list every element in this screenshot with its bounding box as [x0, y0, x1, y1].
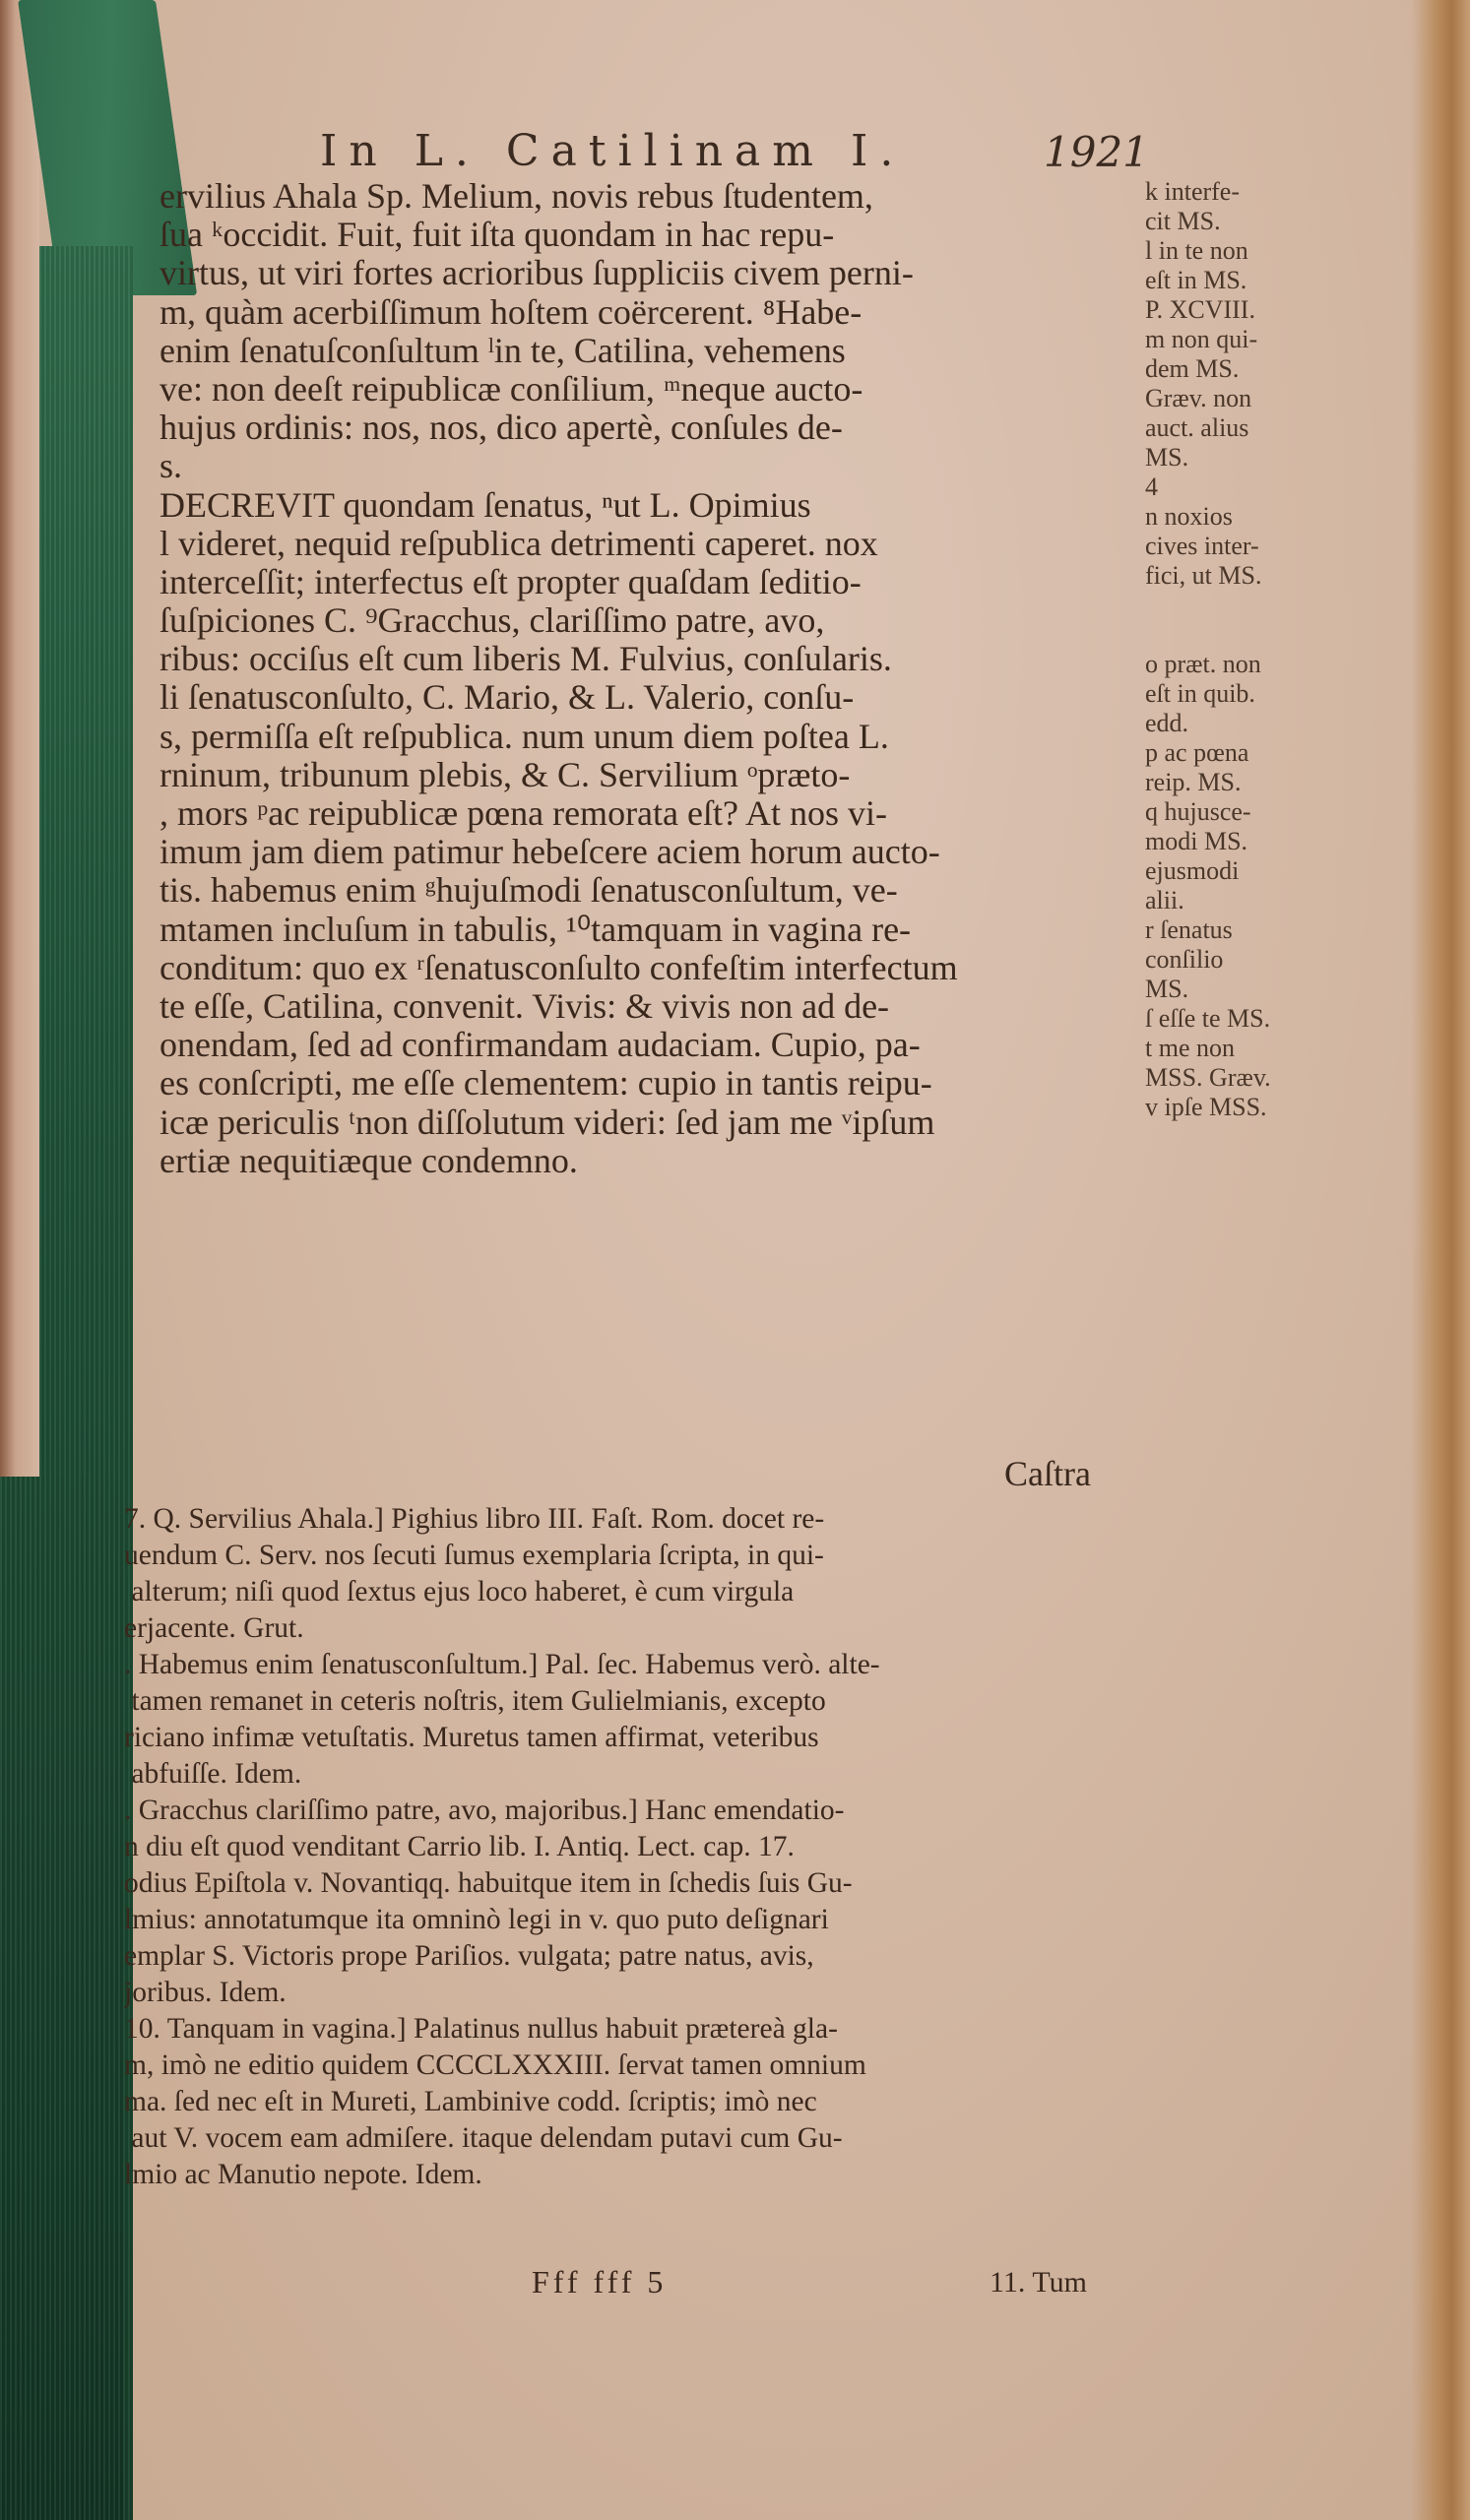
text-line: ertiæ nequitiæque condemno. — [160, 1142, 1144, 1180]
text-line: ribus: occiſus eſt cum liberis M. Fulviu… — [160, 640, 1144, 678]
footnote-line: lmius: annotatumque ita omninò legi in v… — [124, 1902, 1168, 1938]
margin-note: t me non — [1145, 1034, 1312, 1063]
footnote-line: . Habemus enim ſenatusconſultum.] Pal. ſ… — [124, 1647, 1168, 1683]
footnote-line: m, imò ne editio quidem CCCCLXXXIII. ſer… — [124, 2047, 1168, 2084]
margin-note: fici, ut MS. — [1145, 561, 1312, 591]
text-line: ſua ᵏoccidit. Fuit, fuit iſta quondam in… — [160, 216, 1144, 254]
margin-note: dem MS. — [1145, 354, 1312, 384]
margin-note: cives inter- — [1145, 532, 1312, 561]
margin-note: alii. — [1145, 886, 1312, 915]
margin-note — [1145, 591, 1312, 620]
margin-note: eſt in MS. — [1145, 266, 1312, 295]
footnote-line: . Gracchus clariſſimo patre, avo, majori… — [124, 1793, 1168, 1829]
margin-note: modi MS. — [1145, 827, 1312, 856]
margin-note: P. XCVIII. — [1145, 295, 1312, 325]
footnote-catchword: 11. Tum — [990, 2266, 1087, 2299]
margin-note: r ſenatus — [1145, 915, 1312, 945]
main-text-block: ervilius Ahala Sp. Melium, novis rebus ſ… — [160, 177, 1144, 1180]
text-line: s, permiſſa eſt reſpublica. num unum die… — [160, 718, 1144, 756]
margin-note: cit MS. — [1145, 207, 1312, 236]
text-line: es conſcripti, me eſſe clementem: cupio … — [160, 1064, 1144, 1102]
margin-note: p ac pœna — [1145, 738, 1312, 768]
footnote-line: 10. Tanquam in vagina.] Palatinus nullus… — [124, 2011, 1168, 2047]
margin-note: conſilio — [1145, 945, 1312, 975]
margin-note: o præt. non — [1145, 650, 1312, 679]
text-line: imum jam diem patimur hebeſcere aciem ho… — [160, 833, 1144, 871]
margin-note: MSS. Græv. — [1145, 1063, 1312, 1093]
footnote-line: riciano infimæ vetuſtatis. Muretus tamen… — [124, 1720, 1168, 1756]
text-line: enim ſenatuſconſultum ˡin te, Catilina, … — [160, 332, 1144, 370]
text-line: ervilius Ahala Sp. Melium, novis rebus ſ… — [160, 177, 1144, 216]
text-line: s. — [160, 447, 1144, 485]
margin-note — [1145, 620, 1312, 650]
text-line: mtamen incluſum in tabulis, ¹⁰tamquam in… — [160, 911, 1144, 949]
margin-note: ejusmodi — [1145, 856, 1312, 886]
text-line: icæ periculis ᵗnon diſſolutum videri: ſe… — [160, 1103, 1144, 1142]
footnote-line: erjacente. Grut. — [124, 1610, 1168, 1647]
margin-note: m non qui- — [1145, 325, 1312, 354]
footnote-line: tamen remanet in ceteris noſtris, item G… — [124, 1683, 1168, 1720]
footnote-line: joribus. Idem. — [124, 1975, 1168, 2011]
text-line: ve: non deeſt reipublicæ conſilium, ᵐneq… — [160, 370, 1144, 409]
right-page-edge — [1411, 0, 1470, 2520]
footnote-line: odius Epiſtola v. Novantiqq. habuitque i… — [124, 1865, 1168, 1902]
footnote-line: 7. Q. Servilius Ahala.] Pighius libro II… — [124, 1501, 1168, 1538]
text-line: hujus ordinis: nos, nos, dico apertè, co… — [160, 409, 1144, 447]
margin-note: n noxios — [1145, 502, 1312, 532]
footnote-line: uendum C. Serv. nos ſecuti ſumus exempla… — [124, 1538, 1168, 1574]
margin-note: edd. — [1145, 709, 1312, 738]
footnote-line: abfuiſſe. Idem. — [124, 1756, 1168, 1793]
text-line: ſuſpiciones C. ⁹Gracchus, clariſſimo pat… — [160, 601, 1144, 640]
margin-note: MS. — [1145, 443, 1312, 472]
margin-note: eſt in quib. — [1145, 679, 1312, 709]
margin-note: auct. alius — [1145, 413, 1312, 443]
text-line: DECREVIT quondam ſenatus, ⁿut L. Opimius — [160, 486, 1144, 525]
text-line: interceſſit; interfectus eſt propter qua… — [160, 563, 1144, 601]
text-line: tis. habemus enim ᵍhujuſmodi ſenatusconſ… — [160, 871, 1144, 910]
footnotes-block: 7. Q. Servilius Ahala.] Pighius libro II… — [124, 1501, 1168, 2193]
ribbon-bookmark-lower — [0, 1477, 123, 2520]
text-line: m, quàm acerbiſſimum hoſtem coërcerent. … — [160, 293, 1144, 332]
book-page: In L. Catilinam I. 1921 ervilius Ahala S… — [0, 0, 1470, 2520]
margin-note: 4 — [1145, 472, 1312, 502]
margin-note: k interfe- — [1145, 177, 1312, 207]
signature-mark: Fff fff 5 — [532, 2264, 667, 2300]
text-line: onendam, ſed ad confirmandam audaciam. C… — [160, 1026, 1144, 1064]
text-line: virtus, ut viri fortes acrioribus ſuppli… — [160, 254, 1144, 292]
text-line: l videret, nequid reſpublica detrimenti … — [160, 525, 1144, 563]
text-line: conditum: quo ex ʳſenatusconſulto confeſ… — [160, 949, 1144, 987]
margin-note: reip. MS. — [1145, 768, 1312, 797]
margin-note: ſ eſſe te MS. — [1145, 1004, 1312, 1034]
margin-note: Græv. non — [1145, 384, 1312, 413]
footnote-line: alterum; niſi quod ſextus ejus loco habe… — [124, 1574, 1168, 1610]
text-line: , mors ᵖac reipublicæ pœna remorata eſt?… — [160, 794, 1144, 833]
footnote-line: n diu eſt quod venditant Carrio lib. I. … — [124, 1829, 1168, 1865]
margin-notes: k interfe-cit MS.l in te noneſt in MS.P.… — [1145, 177, 1312, 1122]
margin-note: q hujusce- — [1145, 797, 1312, 827]
text-line: te eſſe, Catilina, convenit. Vivis: & vi… — [160, 987, 1144, 1026]
margin-note: MS. — [1145, 975, 1312, 1004]
footnote-line: emplar S. Victoris prope Pariſios. vulga… — [124, 1938, 1168, 1975]
catchword: Caſtra — [1004, 1453, 1091, 1494]
margin-note: l in te non — [1145, 236, 1312, 266]
text-line: rninum, tribunum plebis, & C. Servilium … — [160, 756, 1144, 794]
margin-note: v ipſe MSS. — [1145, 1093, 1312, 1122]
footnote-line: aut V. vocem eam admiſere. itaque delend… — [124, 2120, 1168, 2157]
text-line: li ſenatusconſulto, C. Mario, & L. Valer… — [160, 678, 1144, 717]
footnote-line: lmio ac Manutio nepote. Idem. — [124, 2157, 1168, 2193]
footnote-line: ma. ſed nec eſt in Mureti, Lambinive cod… — [124, 2084, 1168, 2120]
page-number: 1921 — [1044, 128, 1149, 176]
